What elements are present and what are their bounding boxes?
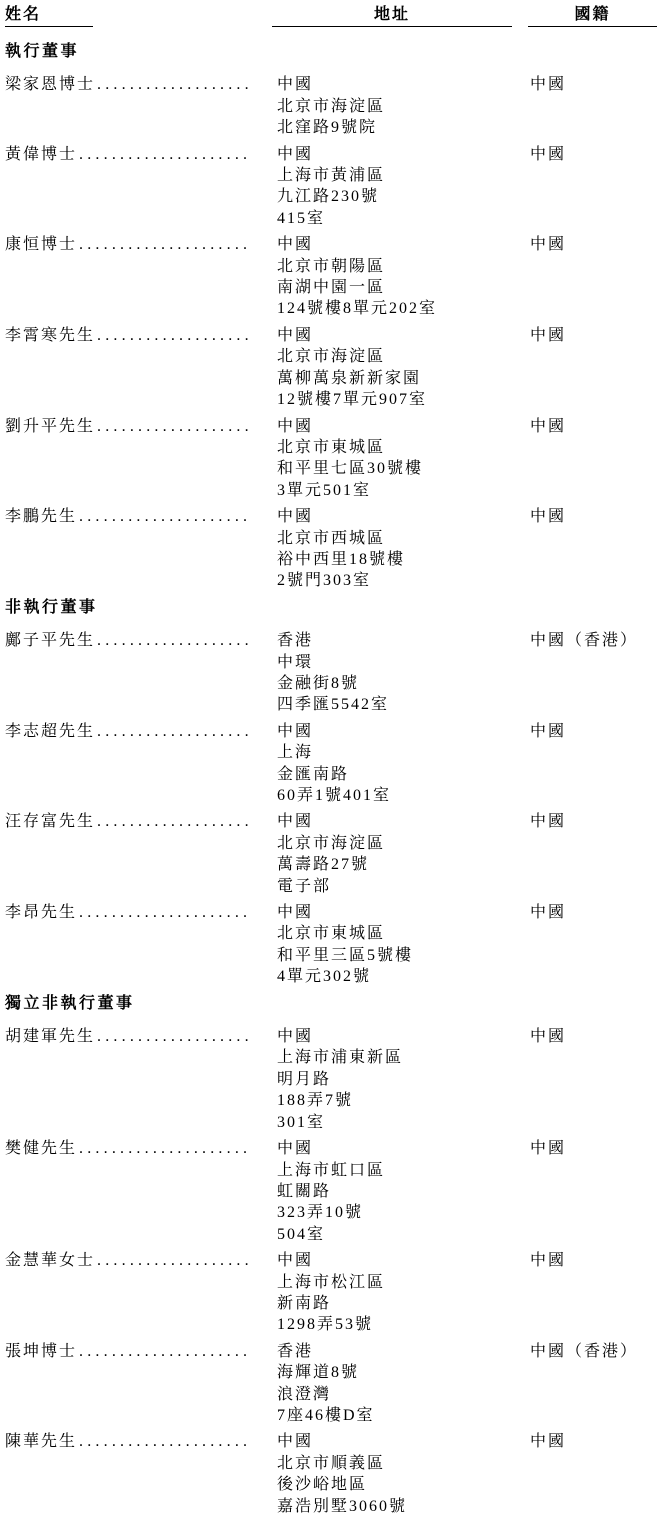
address-line: 2號門303室 <box>277 570 528 591</box>
director-section: 非執行董事鄺子平先生..............................… <box>5 597 657 988</box>
director-name: 李霄寒先生 <box>5 325 95 346</box>
address-line: 和平里七區30號樓 <box>277 458 528 479</box>
address-line: 504室 <box>277 1224 528 1245</box>
director-row: 李鵬先生....................................… <box>5 506 657 592</box>
section-title: 執行董事 <box>5 41 657 62</box>
director-name-cell: 李昂先生....................................… <box>5 902 272 988</box>
address-line: 和平里三區5號樓 <box>277 945 528 966</box>
table-header-address-column: 地址 <box>272 6 528 27</box>
address-line: 香港 <box>277 630 528 651</box>
address-line: 北京市東城區 <box>277 437 528 458</box>
address-line: 明月路 <box>277 1069 528 1090</box>
address-line: 中國 <box>277 416 528 437</box>
director-name: 梁家恩博士 <box>5 74 95 95</box>
director-name-cell: 樊健先生....................................… <box>5 1138 272 1245</box>
director-row: 金慧華女士...................................… <box>5 1250 657 1336</box>
director-name-cell: 胡建軍先生...................................… <box>5 1026 272 1133</box>
director-nationality: 中國 <box>528 144 657 230</box>
address-line: 金匯南路 <box>277 764 528 785</box>
director-row: 康恒博士....................................… <box>5 234 657 320</box>
director-address: 中國上海市浦東新區明月路188弄7號301室 <box>272 1026 528 1133</box>
address-line: 中國 <box>277 1250 528 1271</box>
address-line: 中國 <box>277 902 528 923</box>
director-address: 中國北京市海淀區萬壽路27號電子部 <box>272 811 528 897</box>
director-address: 中國上海市黃浦區九江路230號415室 <box>272 144 528 230</box>
address-line: 中國 <box>277 325 528 346</box>
dot-leader: ........................................… <box>97 1026 252 1047</box>
column-header-name: 姓名 <box>5 6 93 27</box>
address-line: 上海市松江區 <box>277 1272 528 1293</box>
dot-leader: ........................................… <box>79 234 252 255</box>
director-name: 李鵬先生 <box>5 506 77 527</box>
director-address: 中國北京市東城區和平里七區30號樓3單元501室 <box>272 416 528 502</box>
director-nationality: 中國 <box>528 416 657 502</box>
address-line: 電子部 <box>277 876 528 897</box>
dot-leader: ........................................… <box>97 630 252 651</box>
address-line: 南湖中園一區 <box>277 277 528 298</box>
director-name-cell: 陳華先生....................................… <box>5 1431 272 1517</box>
director-nationality: 中國 <box>528 234 657 320</box>
address-line: 上海 <box>277 742 528 763</box>
director-address: 中國北京市西城區裕中西里18號樓2號門303室 <box>272 506 528 592</box>
address-line: 中國 <box>277 1431 528 1452</box>
address-line: 1298弄53號 <box>277 1314 528 1335</box>
table-body: 執行董事梁家恩博士...............................… <box>5 41 657 1517</box>
address-line: 中國 <box>277 506 528 527</box>
director-name: 胡建軍先生 <box>5 1026 95 1047</box>
table-header-name-column: 姓名 <box>5 6 272 27</box>
address-line: 北京市海淀區 <box>277 96 528 117</box>
address-line: 中國 <box>277 721 528 742</box>
director-row: 李昂先生....................................… <box>5 902 657 988</box>
dot-leader: ........................................… <box>79 144 252 165</box>
director-address: 中國北京市朝陽區南湖中園一區124號樓8單元202室 <box>272 234 528 320</box>
director-nationality: 中國 <box>528 325 657 411</box>
director-name: 鄺子平先生 <box>5 630 95 651</box>
address-line: 中國 <box>277 234 528 255</box>
address-line: 裕中西里18號樓 <box>277 549 528 570</box>
address-line: 415室 <box>277 208 528 229</box>
dot-leader: ........................................… <box>97 811 252 832</box>
director-name-cell: 黃偉博士....................................… <box>5 144 272 230</box>
dot-leader: ........................................… <box>79 1431 252 1452</box>
director-name: 李志超先生 <box>5 721 95 742</box>
director-name: 李昂先生 <box>5 902 77 923</box>
director-nationality: 中國 <box>528 1250 657 1336</box>
address-line: 虹關路 <box>277 1181 528 1202</box>
director-address: 中國北京市東城區和平里三區5號樓4單元302號 <box>272 902 528 988</box>
dot-leader: ........................................… <box>79 1341 252 1362</box>
director-row: 汪存富先生...................................… <box>5 811 657 897</box>
address-line: 中國 <box>277 811 528 832</box>
address-line: 124號樓8單元202室 <box>277 298 528 319</box>
address-line: 北京市海淀區 <box>277 346 528 367</box>
address-line: 北京市順義區 <box>277 1453 528 1474</box>
director-address: 中國上海市松江區新南路1298弄53號 <box>272 1250 528 1336</box>
director-name: 金慧華女士 <box>5 1250 95 1271</box>
column-header-address: 地址 <box>272 6 512 27</box>
director-row: 鄺子平先生...................................… <box>5 630 657 716</box>
section-title: 非執行董事 <box>5 597 657 618</box>
column-header-nationality: 國籍 <box>528 6 657 27</box>
address-line: 12號樓7單元907室 <box>277 389 528 410</box>
address-line: 四季匯5542室 <box>277 694 528 715</box>
director-nationality: 中國 <box>528 506 657 592</box>
director-name-cell: 鄺子平先生...................................… <box>5 630 272 716</box>
address-line: 北京市海淀區 <box>277 833 528 854</box>
address-line: 九江路230號 <box>277 186 528 207</box>
director-name: 康恒博士 <box>5 234 77 255</box>
director-address: 香港海輝道8號浪澄灣7座46樓D室 <box>272 1341 528 1427</box>
address-line: 後沙峪地區 <box>277 1474 528 1495</box>
dot-leader: ........................................… <box>79 506 252 527</box>
director-row: 劉升平先生...................................… <box>5 416 657 502</box>
address-line: 3單元501室 <box>277 480 528 501</box>
dot-leader: ........................................… <box>97 1250 252 1271</box>
director-nationality: 中國 <box>528 902 657 988</box>
address-line: 中國 <box>277 1026 528 1047</box>
address-line: 60弄1號401室 <box>277 785 528 806</box>
director-row: 梁家恩博士...................................… <box>5 74 657 138</box>
address-line: 上海市浦東新區 <box>277 1047 528 1068</box>
dot-leader: ........................................… <box>79 902 252 923</box>
director-nationality: 中國 <box>528 1431 657 1517</box>
address-line: 188弄7號 <box>277 1090 528 1111</box>
address-line: 中國 <box>277 1138 528 1159</box>
address-line: 北京市西城區 <box>277 528 528 549</box>
address-line: 中國 <box>277 144 528 165</box>
director-row: 張坤博士....................................… <box>5 1341 657 1427</box>
address-line: 金融街8號 <box>277 673 528 694</box>
director-nationality: 中國 <box>528 1026 657 1133</box>
director-name: 陳華先生 <box>5 1431 77 1452</box>
director-name-cell: 張坤博士....................................… <box>5 1341 272 1427</box>
director-row: 李霄寒先生...................................… <box>5 325 657 411</box>
section-title: 獨立非執行董事 <box>5 993 657 1014</box>
director-address: 香港中環金融街8號四季匯5542室 <box>272 630 528 716</box>
address-line: 301室 <box>277 1112 528 1133</box>
address-line: 4單元302號 <box>277 966 528 987</box>
director-name-cell: 康恒博士....................................… <box>5 234 272 320</box>
address-line: 北京市朝陽區 <box>277 256 528 277</box>
directors-table-page: 姓名 地址 國籍 執行董事梁家恩博士......................… <box>0 0 660 1517</box>
dot-leader: ........................................… <box>79 1138 252 1159</box>
address-line: 浪澄灣 <box>277 1384 528 1405</box>
director-name-cell: 李鵬先生....................................… <box>5 506 272 592</box>
director-name-cell: 金慧華女士...................................… <box>5 1250 272 1336</box>
dot-leader: ........................................… <box>97 721 252 742</box>
director-nationality: 中國（香港） <box>528 1341 657 1427</box>
director-row: 樊健先生....................................… <box>5 1138 657 1245</box>
table-header-nationality-column: 國籍 <box>528 6 657 27</box>
address-line: 萬壽路27號 <box>277 854 528 875</box>
director-name-cell: 劉升平先生...................................… <box>5 416 272 502</box>
director-address: 中國北京市順義區後沙峪地區嘉浩別墅3060號 <box>272 1431 528 1517</box>
director-name: 黃偉博士 <box>5 144 77 165</box>
address-line: 中國 <box>277 74 528 95</box>
director-section: 獨立非執行董事胡建軍先生............................… <box>5 993 657 1517</box>
dot-leader: ........................................… <box>97 325 252 346</box>
director-row: 黃偉博士....................................… <box>5 144 657 230</box>
director-address: 中國北京市海淀區北窪路9號院 <box>272 74 528 138</box>
address-line: 萬柳萬泉新新家園 <box>277 368 528 389</box>
director-nationality: 中國 <box>528 1138 657 1245</box>
address-line: 香港 <box>277 1341 528 1362</box>
director-nationality: 中國 <box>528 721 657 807</box>
director-address: 中國北京市海淀區萬柳萬泉新新家園12號樓7單元907室 <box>272 325 528 411</box>
director-name-cell: 汪存富先生...................................… <box>5 811 272 897</box>
address-line: 上海市虹口區 <box>277 1160 528 1181</box>
dot-leader: ........................................… <box>97 416 252 437</box>
director-nationality: 中國（香港） <box>528 630 657 716</box>
address-line: 323弄10號 <box>277 1202 528 1223</box>
director-name: 樊健先生 <box>5 1138 77 1159</box>
address-line: 上海市黃浦區 <box>277 165 528 186</box>
address-line: 嘉浩別墅3060號 <box>277 1496 528 1517</box>
address-line: 中環 <box>277 652 528 673</box>
director-address: 中國上海金匯南路60弄1號401室 <box>272 721 528 807</box>
director-name: 張坤博士 <box>5 1341 77 1362</box>
director-row: 胡建軍先生...................................… <box>5 1026 657 1133</box>
director-address: 中國上海市虹口區虹關路323弄10號504室 <box>272 1138 528 1245</box>
address-line: 北窪路9號院 <box>277 117 528 138</box>
address-line: 新南路 <box>277 1293 528 1314</box>
director-name: 汪存富先生 <box>5 811 95 832</box>
director-nationality: 中國 <box>528 74 657 138</box>
address-line: 北京市東城區 <box>277 923 528 944</box>
table-header-row: 姓名 地址 國籍 <box>5 6 657 27</box>
address-line: 海輝道8號 <box>277 1362 528 1383</box>
director-name-cell: 梁家恩博士...................................… <box>5 74 272 138</box>
director-row: 李志超先生...................................… <box>5 721 657 807</box>
director-row: 陳華先生....................................… <box>5 1431 657 1517</box>
address-line: 7座46樓D室 <box>277 1405 528 1426</box>
director-section: 執行董事梁家恩博士...............................… <box>5 41 657 592</box>
director-name-cell: 李霄寒先生...................................… <box>5 325 272 411</box>
director-name: 劉升平先生 <box>5 416 95 437</box>
director-name-cell: 李志超先生...................................… <box>5 721 272 807</box>
dot-leader: ........................................… <box>97 74 252 95</box>
director-nationality: 中國 <box>528 811 657 897</box>
